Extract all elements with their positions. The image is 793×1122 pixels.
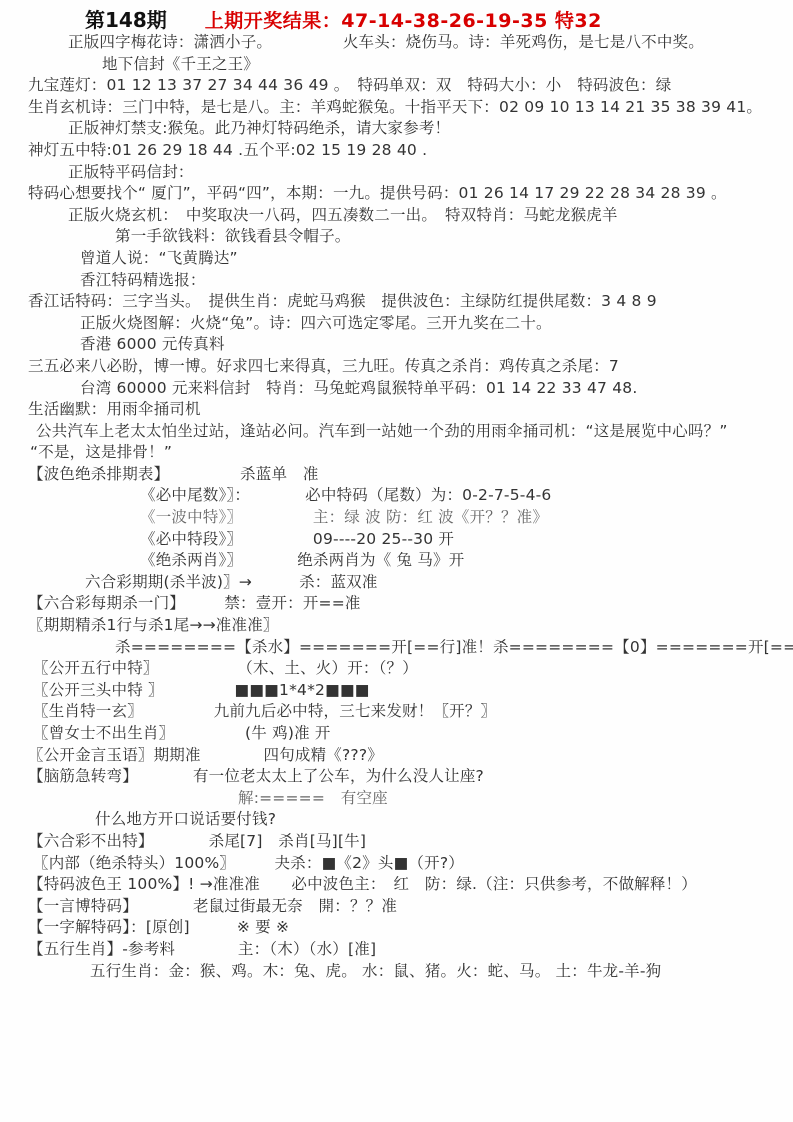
text-line: 特码心想要找个“ 厦门”，平码“四”，本期：一九。提供号码：01 26 14 1… xyxy=(28,183,793,205)
text-line: 香江特码精选报： xyxy=(28,270,793,292)
text-line: 公共汽车上老太太怕坐过站，逢站必问。汽车到一站她一个劲的用雨伞捅司机：“这是展览… xyxy=(28,421,793,443)
text-line: 〖生肖特一玄〗 九前九后必中特，三七来发财！〖开？〗 xyxy=(28,701,793,723)
text-line: 【六合彩每期杀一门】 禁：壹开：开==准 xyxy=(28,593,793,615)
text-line: 什么地方开口说话要付钱? xyxy=(28,809,793,831)
text-line: 《必中尾数》〗： 必中特码（尾数）为：0-2-7-5-4-6 xyxy=(28,485,793,507)
text-line: 六合彩期期(杀半波)〗→ 杀：蓝双准 xyxy=(28,572,793,594)
text-line: 三五必来八必盼，博一博。好求四七来得真，三九旺。传真之杀肖：鸡传真之杀尾：7 xyxy=(28,356,793,378)
text-line: 香港 6000 元传真料 xyxy=(28,334,793,356)
sheet-header: 第148期 上期开奖结果：47-14-38-26-19-35 特32 xyxy=(28,8,793,32)
text-line: 九宝莲灯：01 12 13 37 27 34 44 36 49 。 特码单双：双… xyxy=(28,75,793,97)
text-line: 《必中特段》〗 09----20 25--30 开 xyxy=(28,529,793,551)
last-draw-result: 上期开奖结果：47-14-38-26-19-35 特32 xyxy=(205,9,602,33)
text-line: 【五行生肖】-参考料 主：（木）（水）[准] xyxy=(28,939,793,961)
text-line: 〖内部（绝杀特头）100%〗 夬杀：■《2》头■（开?） xyxy=(28,853,793,875)
sheet-body: 正版四字梅花诗：潇洒小子。 火车头：烧伤马。诗：羊死鸡伤，是七是八不中奖。地下信… xyxy=(28,32,793,982)
text-line: 【一言博特码】 老鼠过街最无奈 開：？？准 xyxy=(28,896,793,918)
text-line: 杀========【杀水】=======开[==行]准！杀========【0】… xyxy=(28,637,793,659)
text-line: 地下信封《千王之王》 xyxy=(28,54,793,76)
text-line: 【波色绝杀排期表】 杀蓝单 准 xyxy=(28,464,793,486)
text-line: 正版神灯禁支:猴兔。此乃神灯特码绝杀，请大家参考！ xyxy=(28,118,793,140)
text-line: “不是，这是排骨！” xyxy=(28,442,793,464)
text-line: 第一手欲钱料：欲钱看县令帽子。 xyxy=(28,226,793,248)
text-line: 〖公开三头中特 〗 ■■■1*4*2■■■ xyxy=(28,680,793,702)
text-line: 正版火烧玄机： 中奖取决一八码，四五凑数二一出。 特双特肖：马蛇龙猴虎羊 xyxy=(28,205,793,227)
text-line: 〖公开五行中特〗 （木、土、火）开：（？） xyxy=(28,658,793,680)
text-line: 【特码波色王 100%】! →准准准 必中波色主： 红 防：绿.（注：只供参考，… xyxy=(28,874,793,896)
lottery-tip-sheet: 第148期 上期开奖结果：47-14-38-26-19-35 特32 正版四字梅… xyxy=(0,0,793,1122)
text-line: 生肖玄机诗：三门中特，是七是八。主：羊鸡蛇猴兔。十指平天下：02 09 10 1… xyxy=(28,97,793,119)
text-line: 《绝杀两肖》〗 绝杀两肖为《 兔 马》开 xyxy=(28,550,793,572)
text-line: 〖曾女士不出生肖〗 (牛 鸡)准 开 xyxy=(28,723,793,745)
text-line: 〖期期精杀1行与杀1尾→→准准准〗 xyxy=(28,615,793,637)
text-line: 生活幽默：用雨伞捅司机 xyxy=(28,399,793,421)
issue-number: 第148期 xyxy=(28,8,167,32)
text-line: 五行生肖：金：猴、鸡。木：兔、虎。 水：鼠、猪。火：蛇、马。 土：牛龙-羊-狗 xyxy=(28,961,793,983)
text-line: 神灯五中特:01 26 29 18 44 .五个平:02 15 19 28 40… xyxy=(28,140,793,162)
text-line: 【六合彩不出特】 杀尾[7] 杀肖[马][牛] xyxy=(28,831,793,853)
text-line: 曾道人说：“飞黄腾达” xyxy=(28,248,793,270)
text-line: 【脑筋急转弯】 有一位老太太上了公车，为什么没人让座? xyxy=(28,766,793,788)
text-line: 正版火烧图解：火烧“兔”。诗：四六可选定零尾。三开九奖在二十。 xyxy=(28,313,793,335)
text-line: 解:===== 有空座 xyxy=(28,788,793,810)
text-line: 正版特平码信封： xyxy=(28,162,793,184)
text-line: 正版四字梅花诗：潇洒小子。 火车头：烧伤马。诗：羊死鸡伤，是七是八不中奖。 xyxy=(28,32,793,54)
text-line: 《一波中特》〗 主：绿 波 防：红 波《开？？准》 xyxy=(28,507,793,529)
text-line: 〖公开金言玉语〗期期准 四句成精《???》 xyxy=(28,745,793,767)
text-line: 台湾 60000 元来料信封 特肖：马兔蛇鸡鼠猴特单平码：01 14 22 33… xyxy=(28,378,793,400)
text-line: 香江话特码：三字当头。 提供生肖：虎蛇马鸡猴 提供波色：主绿防红提供尾数：3 4… xyxy=(28,291,793,313)
text-line: 【一字解特码】：[原创] ※ 要 ※ xyxy=(28,917,793,939)
